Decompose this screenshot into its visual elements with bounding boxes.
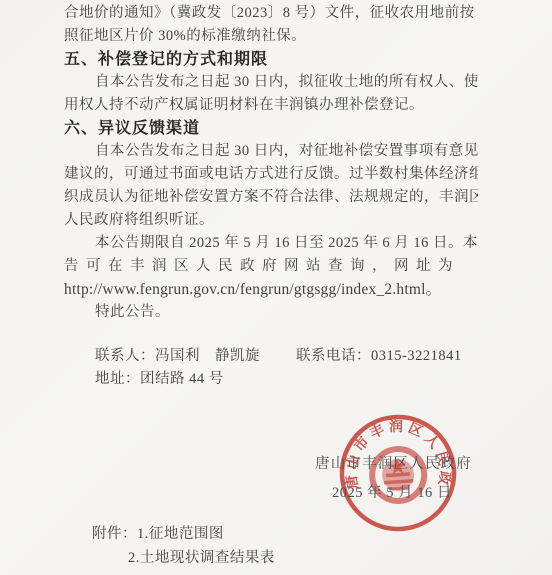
contact-address: 地址：团结路 44 号: [64, 368, 478, 391]
contact-block: 联系人：冯国利 静凯旋联系电话：0315-3221841 地址：团结路 44 号: [64, 345, 478, 391]
attachment-row-2: 2.土地现状调查结果表: [92, 546, 275, 570]
body-line: 合地价的通知》（冀政发〔2023〕8 号）文件，征收农用地前按: [64, 2, 478, 25]
attachment-item-2: 2.土地现状调查结果表: [128, 550, 275, 566]
issuing-authority: 唐山市丰润区人民政府: [315, 452, 472, 473]
attachments-block: 附件：1.征地范围图 2.土地现状调查结果表: [92, 522, 275, 570]
attachments-label: 附件：: [92, 526, 137, 542]
section-heading-6: 六、异议反馈渠道: [64, 117, 478, 140]
body-line: 照征地区片价 30%的标准缴纳社保。: [64, 25, 478, 48]
attachment-row-1: 附件：1.征地范围图: [92, 522, 275, 546]
body-line-justified: 告可在丰润区人民政府网站查询，网址为: [64, 255, 478, 278]
body-line: 本公告期限自 2025 年 5 月 16 日至 2025 年 6 月 16 日。…: [64, 232, 478, 255]
body-line: 自本公告发布之日起 30 日内，拟征收土地的所有权人、使: [64, 71, 478, 94]
issue-date: 2025 年 5 月 16 日: [315, 481, 472, 502]
body-line: 织成员认为征地补偿安置方案不符合法律、法规规定的，丰润区: [64, 186, 478, 209]
contact-row: 联系人：冯国利 静凯旋联系电话：0315-3221841: [64, 345, 478, 368]
notice-body: 合地价的通知》（冀政发〔2023〕8 号）文件，征收农用地前按 照征地区片价 3…: [64, 2, 478, 391]
section-heading-5: 五、补偿登记的方式和期限: [64, 48, 478, 71]
body-line: 自本公告发布之日起 30 日内，对征地补偿安置事项有意见: [64, 140, 478, 163]
contact-phone: 联系电话：0315-3221841: [296, 348, 462, 364]
attachment-item-1: 1.征地范围图: [137, 526, 224, 542]
body-line: 人民政府将组织听证。: [64, 209, 478, 232]
signature-block: 唐山市丰润区人民政府 2025 年 5 月 16 日: [315, 452, 472, 502]
body-line: 建议的，可通过书面或电话方式进行反馈。过半数村集体经济组: [64, 163, 478, 186]
closing-line: 特此公告。: [64, 301, 478, 324]
contact-person: 联系人：冯国利 静凯旋: [95, 348, 260, 364]
scanned-notice-page: { "page": { "background": "#f5f4f1", "te…: [0, 0, 552, 575]
notice-url: http://www.fengrun.gov.cn/fengrun/gtgsgg…: [64, 278, 478, 301]
body-line: 用权人持不动产权属证明材料在丰润镇办理补偿登记。: [64, 94, 478, 117]
